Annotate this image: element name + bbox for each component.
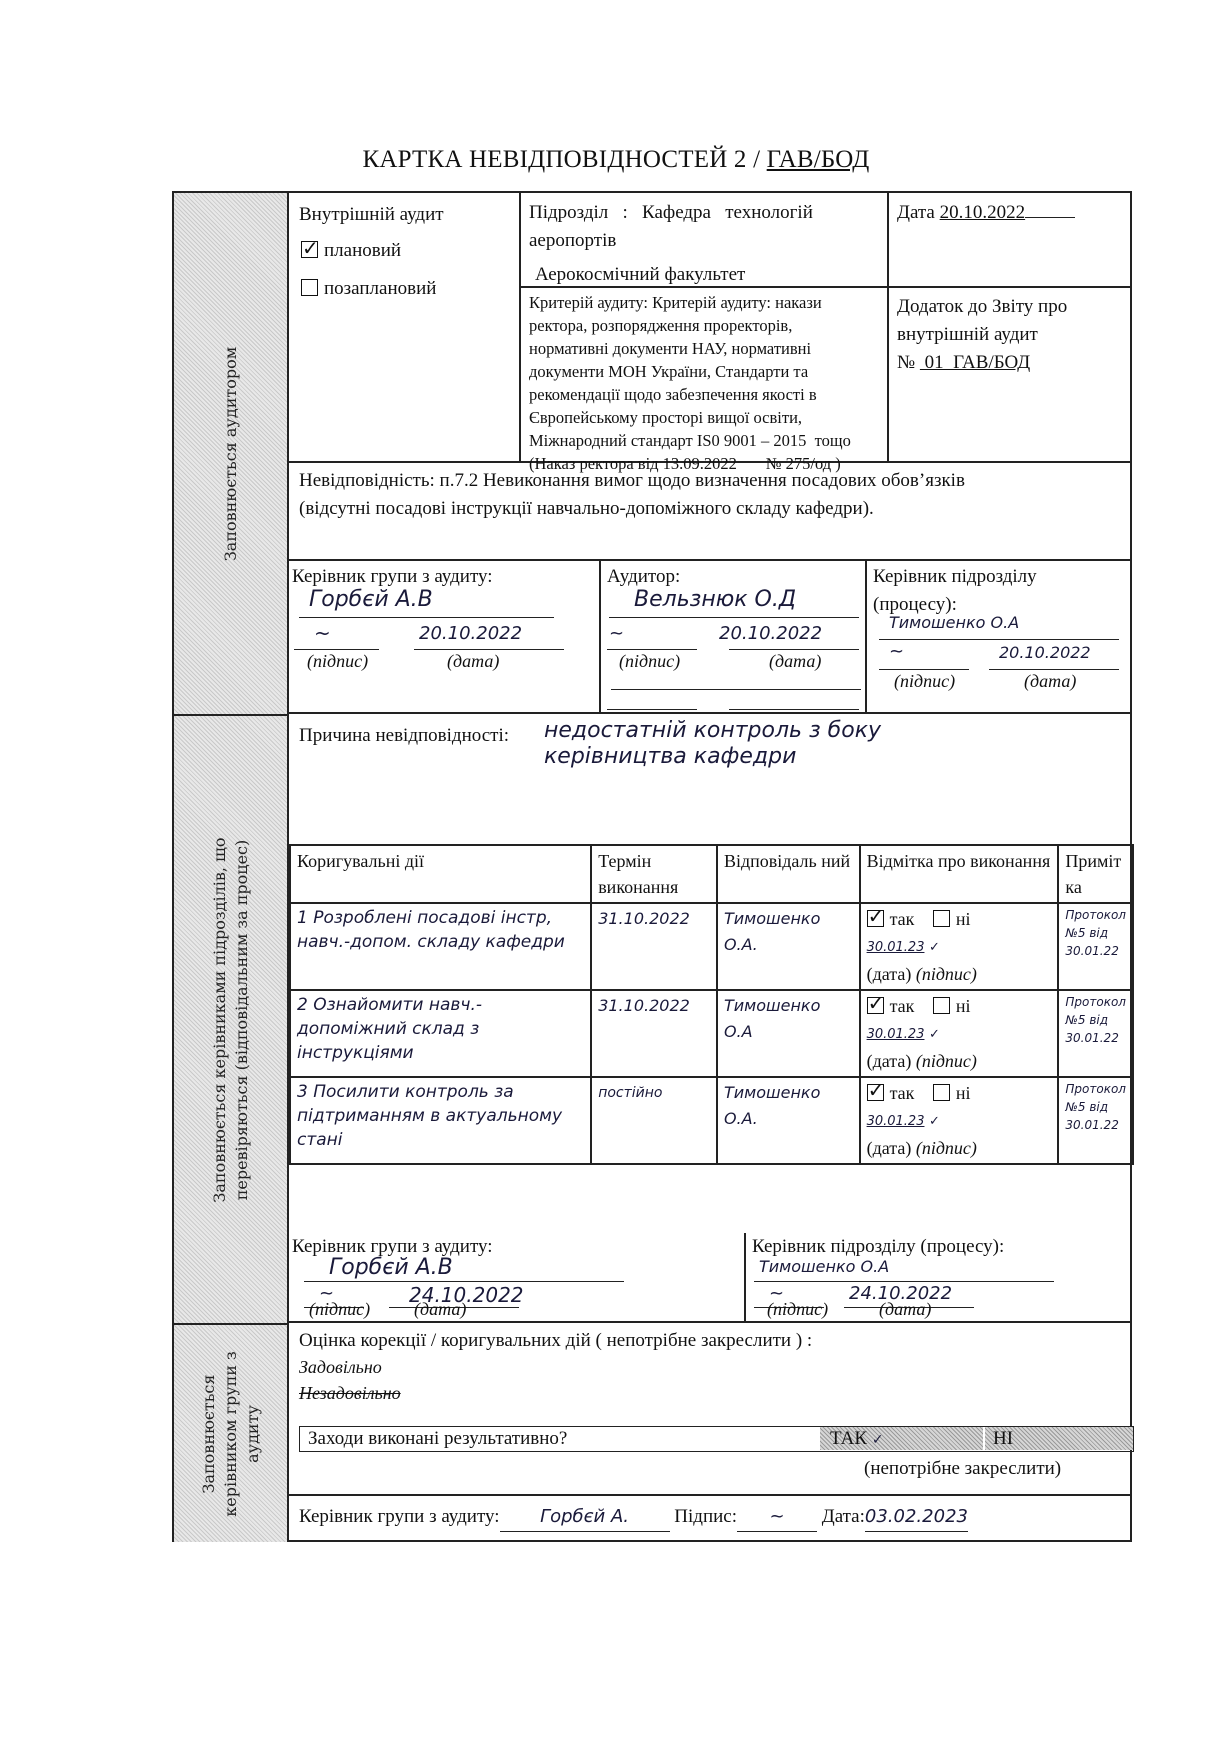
date-field: Дата 20.10.2022 [897,199,1075,227]
completion-mark: так ні 30.01.23 ✓ (дата) (підпис) [860,990,1059,1077]
unit-head-name-2: Тимошенко О.А [759,1257,889,1276]
footer-signature: ~ [737,1503,817,1532]
unit-field: Підрозділ : Кафедра технологій аеропорті… [529,199,879,289]
footer-signature-line: Керівник групи з аудиту:Горбєй А. Підпис… [299,1503,968,1532]
audit-criteria: Критерій аудиту: Критерій аудиту: накази… [529,291,889,475]
evaluation-section: Оцінка корекції / коригувальних дій ( не… [289,1323,1130,1542]
footer-group-head-name: Горбєй А. [500,1503,670,1532]
side-label-auditor: Заповнюється аудитором [174,193,289,714]
strike-hint: (непотрібне закреслити) [864,1455,1061,1483]
table-header-row: Коригувальні дії Термін виконання Відпов… [290,845,1133,903]
appendix-number: 01 ГАВ/БОД [920,352,1030,373]
faculty: Аерокосмічний факультет [535,261,879,289]
checkbox-no[interactable] [933,910,950,927]
checkbox-yes[interactable] [867,1084,884,1101]
unit-head-name: Тимошенко О.А [889,613,1019,632]
appendix-field: Додаток до Звіту про внутрішній аудит № … [897,293,1067,377]
audit-type-label: Внутрішній аудит [299,201,444,229]
answer-yes[interactable]: ТАК ✓ [820,1427,983,1450]
header-section: Внутрішній аудит плановий позаплановий П… [289,193,1130,463]
unit-head-date: 20.10.2022 [999,643,1091,662]
corrective-actions-table: Коригувальні дії Термін виконання Відпов… [289,844,1134,1165]
auditor-date: 20.10.2022 [719,623,822,644]
group-head-name: Горбєй А.В [309,587,433,612]
table-row: 2 Ознайомити навч.-допоміжний склад з ін… [290,990,1133,1077]
option-unplanned[interactable]: позаплановий [301,275,436,303]
nonconformity-section: Невідповідність: п.7.2 Невиконання вимог… [289,463,1130,561]
unit-head-signature: ~ [889,641,904,662]
effectiveness-question: Заходи виконані результативно? [308,1425,567,1453]
cause-line1: недостатній контроль з боку [544,718,881,743]
group-head-date: 20.10.2022 [419,623,522,644]
checkbox-no[interactable] [933,1084,950,1101]
side-label-unit-heads: Заповнюється керівниками підрозділів, що… [174,714,289,1323]
cause-section: Причина невідповідності: недостатній кон… [289,714,1130,844]
checkbox-yes[interactable] [867,997,884,1014]
checkbox-planned[interactable] [301,241,318,258]
answer-no[interactable]: НІ [985,1427,1133,1450]
signatures-section-1: Керівник групи з аудиту: Горбєй А.В ~ 20… [289,561,1130,714]
option-unsatisfactory[interactable]: Незадовільно [299,1383,401,1404]
option-planned[interactable]: плановий [301,237,401,265]
evaluation-label: Оцінка корекції / коригувальних дій ( не… [299,1327,812,1355]
signatures-section-2: Керівник групи з аудиту: Горбєй А.В ~ 24… [289,1233,1130,1323]
checkbox-yes[interactable] [867,910,884,927]
side-label-group-head: Заповнюється керівником групи з аудиту [174,1323,289,1542]
title-code: ГАВ/БОД [767,146,870,173]
nonconformity-line2: (відсутні посадові інструкції навчально-… [299,495,965,523]
completion-mark: так ні 30.01.23 ✓ (дата) (підпис) [860,903,1059,990]
nonconformity-card: Заповнюється аудитором Заповнюється кері… [172,191,1132,1542]
nonconformity-line1: Невідповідність: п.7.2 Невиконання вимог… [299,467,965,495]
group-head-signature: ~ [314,621,331,645]
document-title: КАРТКА НЕВІДПОВІДНОСТЕЙ 2 / ГАВ/БОД [0,146,1232,174]
effectiveness-row: Заходи виконані результативно? ТАК ✓ НІ [299,1426,1134,1452]
cause-line2: керівництва кафедри [544,744,796,769]
auditor-signature: ~ [609,623,624,644]
auditor-name: Вельзнюк О.Д [634,587,796,612]
completion-mark: так ні 30.01.23 ✓ (дата) (підпис) [860,1077,1059,1164]
footer-date: 03.02.2023 [865,1503,968,1532]
date-value: 20.10.2022 [940,202,1026,223]
option-satisfactory[interactable]: Задовільно [299,1357,382,1378]
table-row: 3 Посилити контроль за підтриманням в ак… [290,1077,1133,1164]
title-prefix: КАРТКА НЕВІДПОВІДНОСТЕЙ 2 / [362,146,760,173]
table-row: 1 Розроблені посадові інстр, навч.-допом… [290,903,1133,990]
checkbox-unplanned[interactable] [301,279,318,296]
cause-label: Причина невідповідності: [299,722,509,750]
checkbox-no[interactable] [933,997,950,1014]
group-head-name-2: Горбєй А.В [329,1255,453,1280]
